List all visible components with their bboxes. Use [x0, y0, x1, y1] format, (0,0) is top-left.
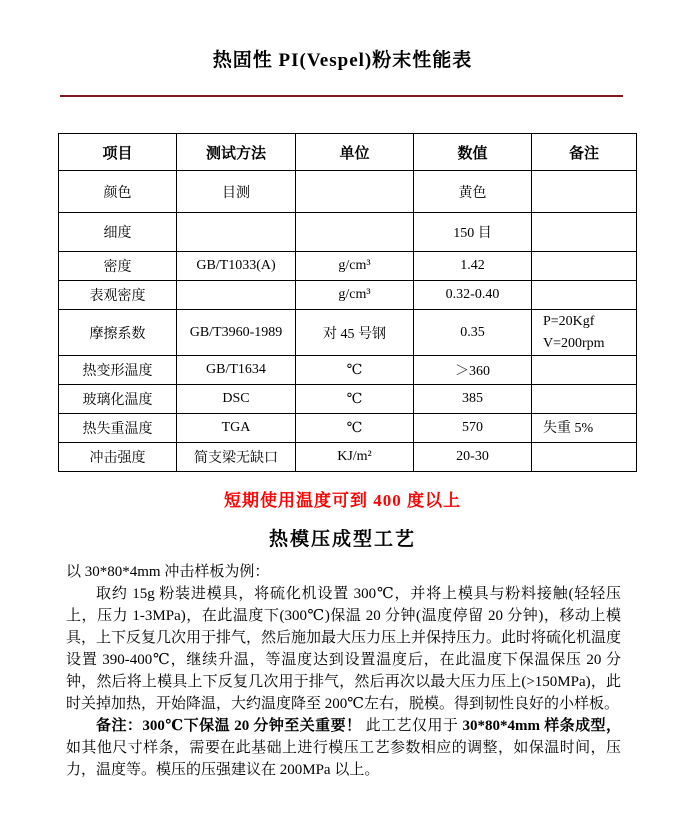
cell-item: 表观密度 [59, 281, 177, 310]
column-header-method: 测试方法 [177, 134, 296, 171]
cell-item: 冲击强度 [59, 443, 177, 472]
table-header-row: 项目 测试方法 单位 数值 备注 [59, 134, 637, 171]
cell-unit: g/cm³ [296, 252, 414, 281]
process-steps-paragraph: 取约 15g 粉装进模具，将硫化机设置 300℃，并将上模具与粉料接触(轻轻压上… [66, 583, 621, 715]
cell-unit: 对 45 号钢 [296, 310, 414, 356]
cell-note [532, 281, 637, 310]
cell-method: TGA [177, 414, 296, 443]
cell-unit: KJ/m² [296, 443, 414, 472]
cell-value: 0.35 [414, 310, 532, 356]
remark-normal-2: 如其他尺寸样条，需要在此基础上进行模压工艺参数相应的调整，如保温时间，压力，温度… [66, 740, 621, 778]
cell-note: 失重 5% [532, 414, 637, 443]
section-title-molding-process: 热模压成型工艺 [0, 524, 685, 551]
cell-method: 简支梁无缺口 [177, 443, 296, 472]
remark-bold-sample-size: 30*80*4mm 样条成型， [463, 718, 621, 734]
cell-item: 细度 [59, 213, 177, 252]
cell-item: 颜色 [59, 171, 177, 213]
cell-value: 黄色 [414, 171, 532, 213]
cell-value: 0.32-0.40 [414, 281, 532, 310]
cell-item: 热失重温度 [59, 414, 177, 443]
cell-method [177, 281, 296, 310]
cell-value: 1.42 [414, 252, 532, 281]
cell-note [532, 385, 637, 414]
table-row-impact-strength: 冲击强度 简支梁无缺口 KJ/m² 20-30 [59, 443, 637, 472]
cell-unit: g/cm³ [296, 281, 414, 310]
table-row-color: 颜色 目测 黄色 [59, 171, 637, 213]
cell-value: 570 [414, 414, 532, 443]
title-divider-rule [60, 95, 623, 97]
process-example-intro: 以 30*80*4mm 冲击样板为例： [66, 561, 621, 583]
table-row-thermal-loss: 热失重温度 TGA ℃ 570 失重 5% [59, 414, 637, 443]
table-row-friction: 摩擦系数 GB/T3960-1989 对 45 号钢 0.35 P=20Kgf … [59, 310, 637, 356]
document-page: 热固性 PI(Vespel)粉末性能表 项目 测试方法 单位 数值 备注 颜色 … [0, 0, 685, 827]
cell-note: P=20Kgf V=200rpm [532, 310, 637, 356]
cell-note [532, 213, 637, 252]
table-row-glass-transition: 玻璃化温度 DSC ℃ 385 [59, 385, 637, 414]
cell-item: 热变形温度 [59, 356, 177, 385]
cell-value: 385 [414, 385, 532, 414]
process-description: 以 30*80*4mm 冲击样板为例： 取约 15g 粉装进模具，将硫化机设置 … [66, 561, 621, 781]
cell-unit: ℃ [296, 414, 414, 443]
cell-item: 玻璃化温度 [59, 385, 177, 414]
column-header-item: 项目 [59, 134, 177, 171]
document-title: 热固性 PI(Vespel)粉末性能表 [0, 0, 685, 72]
cell-note [532, 171, 637, 213]
cell-method [177, 213, 296, 252]
table-row-apparent-density: 表观密度 g/cm³ 0.32-0.40 [59, 281, 637, 310]
cell-note [532, 356, 637, 385]
cell-method: DSC [177, 385, 296, 414]
cell-note [532, 252, 637, 281]
table-row-heat-deflection: 热变形温度 GB/T1634 ℃ ＞360 [59, 356, 637, 385]
cell-method: GB/T1634 [177, 356, 296, 385]
cell-value: 20-30 [414, 443, 532, 472]
short-term-temperature-note: 短期使用温度可到 400 度以上 [0, 486, 685, 511]
properties-table: 项目 测试方法 单位 数值 备注 颜色 目测 黄色 细度 150 目 [58, 133, 637, 472]
cell-method: 目测 [177, 171, 296, 213]
cell-method: GB/T3960-1989 [177, 310, 296, 356]
cell-unit [296, 171, 414, 213]
table-row-fineness: 细度 150 目 [59, 213, 637, 252]
remark-normal-1: 此工艺仅用于 [361, 718, 462, 734]
cell-value: ＞360 [414, 356, 532, 385]
remark-bold-lead: 备注：300℃下保温 20 分钟至关重要！ [96, 718, 361, 734]
cell-item: 密度 [59, 252, 177, 281]
remark-paragraph: 备注：300℃下保温 20 分钟至关重要！ 此工艺仅用于 30*80*4mm 样… [66, 715, 621, 781]
cell-value: 150 目 [414, 213, 532, 252]
cell-unit: ℃ [296, 385, 414, 414]
cell-method: GB/T1033(A) [177, 252, 296, 281]
cell-unit: ℃ [296, 356, 414, 385]
table-row-density: 密度 GB/T1033(A) g/cm³ 1.42 [59, 252, 637, 281]
column-header-unit: 单位 [296, 134, 414, 171]
column-header-note: 备注 [532, 134, 637, 171]
cell-item: 摩擦系数 [59, 310, 177, 356]
column-header-value: 数值 [414, 134, 532, 171]
cell-note [532, 443, 637, 472]
cell-unit [296, 213, 414, 252]
